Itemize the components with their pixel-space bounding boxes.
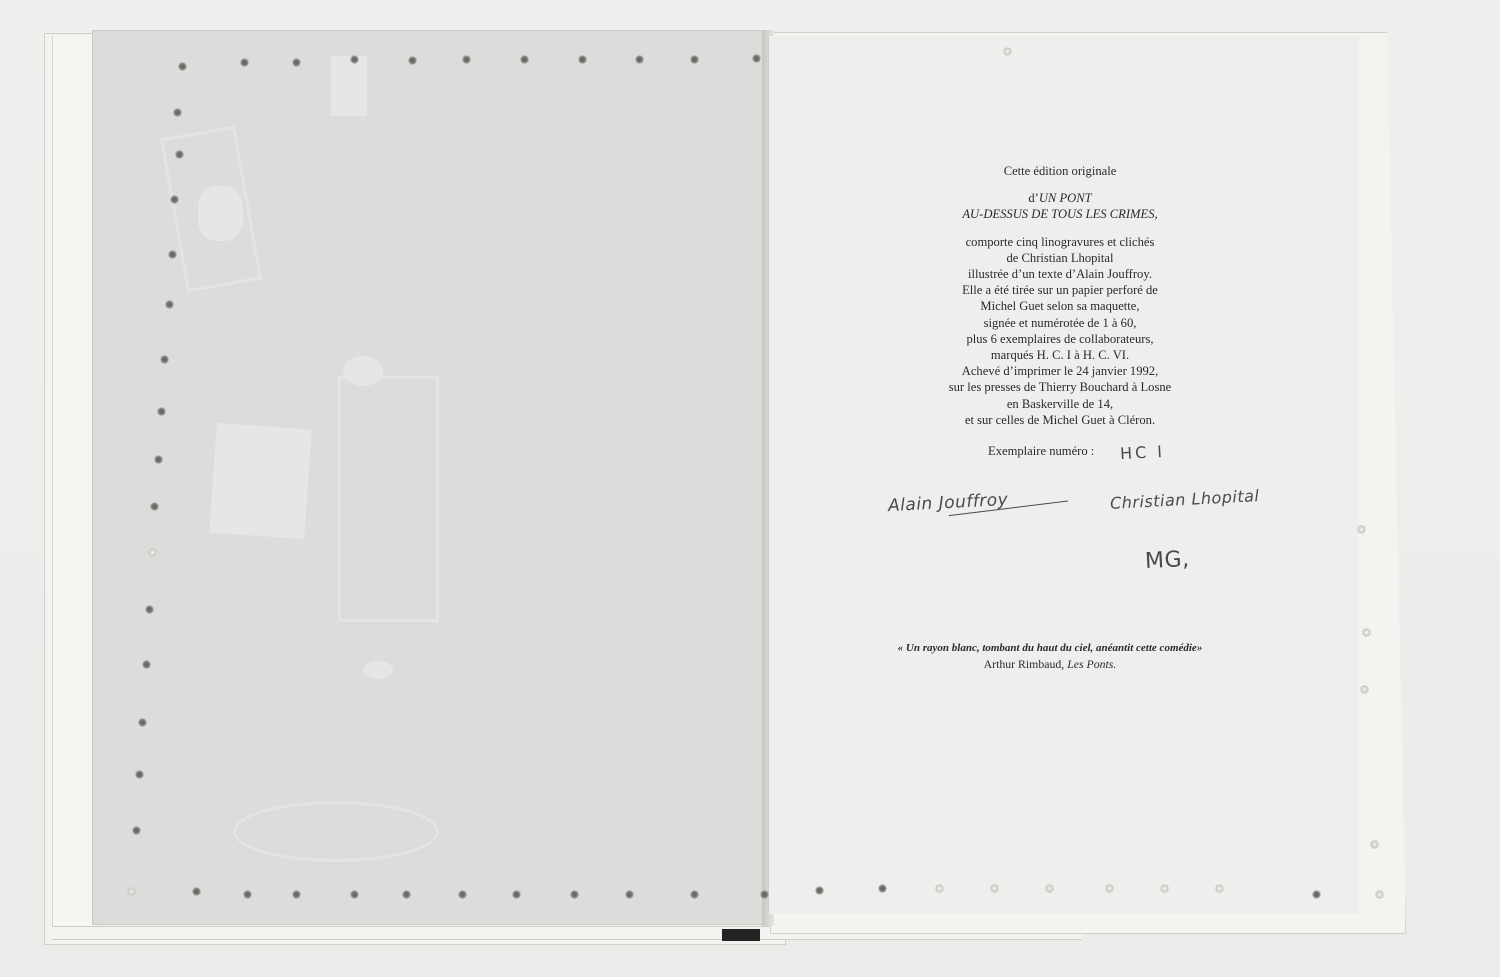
colophon-line: sur les presses de Thierry Bouchard à Lo… xyxy=(880,379,1240,395)
perforation-hole xyxy=(512,890,521,899)
perforation-hole xyxy=(760,890,769,899)
perforation-hole xyxy=(240,58,249,67)
perforation-hole xyxy=(690,890,699,899)
perforation-hole xyxy=(1370,840,1379,849)
perforation-hole xyxy=(1312,890,1321,899)
perforation-hole xyxy=(990,884,999,893)
perforation-hole xyxy=(292,58,301,67)
perforation-hole xyxy=(350,890,359,899)
epigraph-quote: « Un rayon blanc, tombant du haut du cie… xyxy=(860,640,1240,656)
perforation-hole xyxy=(935,884,944,893)
colophon-text: Cette édition originale d’UN PONT AU-DES… xyxy=(880,163,1240,428)
copy-number-label: Exemplaire numéro : xyxy=(988,444,1094,459)
perforation-hole xyxy=(1045,884,1054,893)
perforation-hole xyxy=(243,890,252,899)
perforation-hole xyxy=(170,195,179,204)
perforation-hole xyxy=(1375,890,1384,899)
perforation-hole xyxy=(520,55,529,64)
perforation-hole xyxy=(752,54,761,63)
perforation-hole xyxy=(127,887,136,896)
perforation-hole xyxy=(1360,685,1369,694)
linocut-shape xyxy=(331,56,367,116)
perforation-hole xyxy=(175,150,184,159)
epigraph-attribution: Arthur Rimbaud, Les Ponts. xyxy=(860,656,1240,672)
perforation-hole xyxy=(132,826,141,835)
perforation-hole xyxy=(1215,884,1224,893)
book-title-line-1: d’UN PONT xyxy=(880,190,1240,206)
title-part-1: UN PONT xyxy=(1039,191,1092,205)
linocut-body xyxy=(338,376,439,622)
perforation-hole xyxy=(292,890,301,899)
perforation-hole xyxy=(165,300,174,309)
signature-printer-initials: MG, xyxy=(1144,547,1190,574)
perforation-hole xyxy=(154,455,163,464)
perforation-hole xyxy=(625,890,634,899)
copy-number-handwritten: HC I xyxy=(1120,442,1166,463)
perforation-hole xyxy=(160,355,169,364)
perforation-hole xyxy=(150,502,159,511)
attribution-work: Les Ponts. xyxy=(1067,657,1116,671)
colophon-line: Elle a été tirée sur un papier perforé d… xyxy=(880,282,1240,298)
colophon-line: illustrée d’un texte d’Alain Jouffroy. xyxy=(880,266,1240,282)
linocut-panel xyxy=(209,423,311,539)
perforation-hole xyxy=(135,770,144,779)
colophon-line: plus 6 exemplaires de collaborateurs, xyxy=(880,331,1240,347)
colophon-line: et sur celles de Michel Guet à Cléron. xyxy=(880,412,1240,428)
perforation-hole xyxy=(173,108,182,117)
perforation-hole xyxy=(138,718,147,727)
left-page-linocut xyxy=(92,30,770,925)
perforation-hole xyxy=(1362,628,1371,637)
perforation-hole xyxy=(145,605,154,614)
perforation-hole xyxy=(178,62,187,71)
epigraph: « Un rayon blanc, tombant du haut du cie… xyxy=(860,640,1240,672)
colophon-heading: Cette édition originale xyxy=(880,163,1240,179)
title-prefix: d’ xyxy=(1028,191,1039,205)
perforation-hole xyxy=(458,890,467,899)
colophon-line: signée et numérotée de 1 à 60, xyxy=(880,315,1240,331)
perforation-hole xyxy=(408,56,417,65)
linocut-ellipse xyxy=(233,801,439,862)
perforation-hole xyxy=(690,55,699,64)
perforation-hole xyxy=(462,55,471,64)
perforation-hole xyxy=(192,887,201,896)
spine-tab xyxy=(722,929,760,941)
colophon-line: de Christian Lhopital xyxy=(880,250,1240,266)
colophon-line: marqués H. C. I à H. C. VI. xyxy=(880,347,1240,363)
perforation-hole xyxy=(635,55,644,64)
linocut-foot xyxy=(363,661,393,679)
colophon-line: Achevé d’imprimer le 24 janvier 1992, xyxy=(880,363,1240,379)
linocut-figure xyxy=(198,186,243,241)
perforation-hole xyxy=(815,886,824,895)
perforation-hole xyxy=(1105,884,1114,893)
perforation-hole xyxy=(1160,884,1169,893)
colophon-line: Michel Guet selon sa maquette, xyxy=(880,298,1240,314)
colophon-line: en Baskerville de 14, xyxy=(880,396,1240,412)
perforation-hole xyxy=(157,407,166,416)
perforation-hole xyxy=(350,55,359,64)
perforation-hole xyxy=(168,250,177,259)
book-title-line-2: AU-DESSUS DE TOUS LES CRIMES, xyxy=(880,206,1240,222)
perforation-hole xyxy=(148,548,157,557)
perforation-hole xyxy=(578,55,587,64)
perforation-hole xyxy=(570,890,579,899)
perforation-hole xyxy=(1003,47,1012,56)
colophon-line: comporte cinq linogravures et clichés xyxy=(880,234,1240,250)
perforation-hole xyxy=(402,890,411,899)
perforation-hole xyxy=(142,660,151,669)
attribution-author: Arthur Rimbaud, xyxy=(984,657,1068,671)
perforation-hole xyxy=(878,884,887,893)
perforation-hole xyxy=(1357,525,1366,534)
